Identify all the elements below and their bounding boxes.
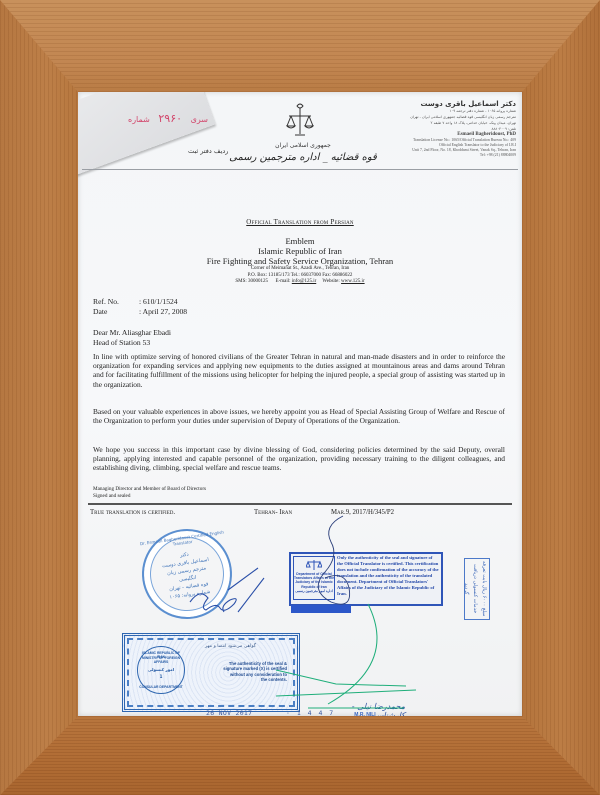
ministry-seal-bottom: CONSULAR DEPARTMENT xyxy=(138,685,184,689)
dept-stamp-bar xyxy=(291,605,351,613)
persian-republic-label: جمهوری اسلامی ایران xyxy=(248,142,358,149)
dept-certification-text: Only the authenticity of the seal and si… xyxy=(337,555,439,597)
translator-seal-stamp: Dr. Esmaeil Bagheridoust Certified Engli… xyxy=(136,523,238,625)
judiciary-emblem xyxy=(285,102,315,140)
website-label: Website: xyxy=(322,279,339,284)
signatures-overlay xyxy=(78,92,522,716)
email-link[interactable]: info@125.ir xyxy=(292,279,316,284)
dept-line: Judiciary of the Islamic xyxy=(294,580,334,584)
reference-meta: Ref. No. : 610/1/1524 Date : April 27, 2… xyxy=(93,297,187,316)
judiciary-department-stamp: Department of Official Translators Affai… xyxy=(289,552,443,606)
body-paragraph-1: In line with optimize serving of honored… xyxy=(93,352,505,389)
ministry-seal: ISLAMIC REPUBLIC OF IRAN MINISTRY OF FOR… xyxy=(137,646,185,694)
body-paragraph-2: Based on your valuable experiences in ab… xyxy=(93,407,505,425)
ministry-authenticity-text: The authenticity of the seal & signature… xyxy=(223,661,287,683)
ministry-seal-sub: MINISTRY OF FOREIGN AFFAIRS xyxy=(138,656,184,664)
frame-left xyxy=(0,0,78,795)
sms-number: SMS: 30000125 xyxy=(235,279,268,284)
translator-english-line: Tel: +98 (21) 88804009 xyxy=(346,153,516,158)
body-paragraph-3: We hope you success in this important ca… xyxy=(93,445,505,473)
scales-icon xyxy=(306,559,322,571)
legalization-number-stamp: · 1 4 4 7 xyxy=(286,709,335,716)
dept-line: اداره امور مترجمین رسمی xyxy=(294,589,334,593)
folded-corner xyxy=(78,92,215,176)
ref-value: : 610/1/1524 xyxy=(139,297,178,307)
meta-row-date: Date : April 27, 2008 xyxy=(93,307,187,317)
ref-label: Ref. No. xyxy=(93,297,139,307)
signed-sealed-note: Signed and sealed xyxy=(93,493,206,500)
registry-number: سری ۲۹۶۰ شماره xyxy=(128,112,208,125)
ministry-seal-mid: امور کنسولی xyxy=(138,667,184,672)
organization-heading: Emblem Islamic Republic of Iran Fire Fig… xyxy=(78,236,522,286)
department-box: Department of Official Translators Affai… xyxy=(293,556,335,600)
frame-bottom xyxy=(0,716,600,795)
frame-right xyxy=(522,0,600,795)
registry-number-value: ۲۹۶۰ xyxy=(158,112,182,125)
heading-country: Islamic Republic of Iran xyxy=(78,246,522,256)
registry-office-label: ردیف دفتر ثبت xyxy=(188,147,228,155)
consular-fee-stamp: مبلغ ۶۰۰۰ ریال بابت تعرفه خدمات کنسولی د… xyxy=(464,558,490,620)
translator-persian-name: دکتر اسماعیل باقری دوست xyxy=(346,100,516,108)
date-value: : April 27, 2008 xyxy=(139,307,187,317)
ministry-persian-note: گواهی می‌شود امضا و مهر xyxy=(205,644,256,649)
certificate-paper: سری ۲۹۶۰ شماره ردیف دفتر ثبت جمهوری اسلا… xyxy=(78,92,522,716)
ministry-legalization-stamp: ISLAMIC REPUBLIC OF IRAN MINISTRY OF FOR… xyxy=(122,633,300,712)
website-link[interactable]: www.125.ir xyxy=(341,279,365,284)
certification-divider xyxy=(88,503,512,505)
heading-organization: Fire Fighting and Safety Service Organiz… xyxy=(78,256,522,266)
certification-place: Tehran- Iran xyxy=(254,509,292,516)
certification-statement: True translation is certified. xyxy=(90,509,175,516)
signer-block: Managing Director and Member of Board of… xyxy=(93,486,206,500)
ministry-seal-number: 1 xyxy=(138,674,184,679)
salutation-block: Dear Mr. Aliasghar Ebadi Head of Station… xyxy=(93,328,171,347)
registry-number-label: شماره xyxy=(128,115,150,124)
legalization-date-stamp: 26 NOV 2017 xyxy=(206,709,252,716)
signer-title: Managing Director and Member of Board of… xyxy=(93,486,206,493)
frame-top xyxy=(0,0,600,92)
certification-reference: Mar.9, 2017/H/345/P2 xyxy=(331,509,394,516)
recipient-title: Head of Station 53 xyxy=(93,338,171,348)
scales-of-justice-icon xyxy=(286,102,314,140)
meta-row-ref: Ref. No. : 610/1/1524 xyxy=(93,297,187,307)
letterhead-divider xyxy=(82,169,518,170)
heading-emblem: Emblem xyxy=(78,236,522,246)
heading-online: SMS: 30000125 E-mail: info@125.ir Websit… xyxy=(78,279,522,286)
seal-inner-text: دکتر اسماعیل باقری دوست مترجم رسمی زبان … xyxy=(155,547,219,603)
document-title: Official Translation from Persian xyxy=(78,218,522,226)
date-label: Date xyxy=(93,307,139,317)
salutation: Dear Mr. Aliasghar Ebadi xyxy=(93,328,171,338)
translator-letterhead: دکتر اسماعیل باقری دوست شماره پروانه ۱۰۶… xyxy=(346,100,516,158)
registry-series: سری xyxy=(191,115,208,124)
email-label: E-mail: xyxy=(276,279,291,284)
